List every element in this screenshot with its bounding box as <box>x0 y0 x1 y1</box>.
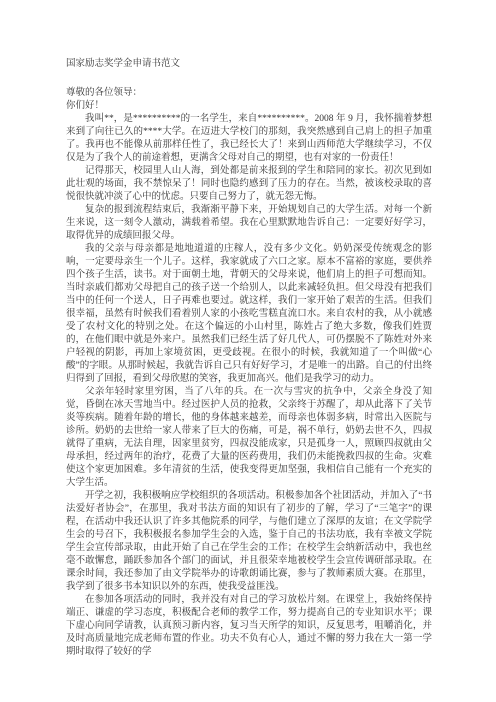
paragraph: 我叫**，是**********的一名学生，来自**********。2008 … <box>66 113 432 165</box>
salutation-line: 尊敬的各位领导： <box>66 87 432 100</box>
paragraph: 在参加各项活动的同时，我并没有对自己的学习放松片刻。在课堂上，我始终保持端正、谦… <box>66 594 432 659</box>
paragraph: 我的父亲与母亲都是地地道道的庄稼人，没有多少文化。奶奶深受传统观念的影响，一定要… <box>66 243 432 386</box>
document-page: 国家励志奖学金申请书范文 尊敬的各位领导： 你们好！ 我叫**，是*******… <box>0 0 496 702</box>
paragraph: 记得那天，校园里人山人海，到处都是前来报到的学生和陪同的家长。初次见到如此壮观的… <box>66 165 432 204</box>
paragraph: 复杂的报到流程结束后，我渐渐平静下来，开始规划自己的大学生活。对每一个新生来说，… <box>66 204 432 243</box>
paragraph: 父亲年轻时家里穷困，当了八年的兵。在一次与雪灾的抗争中，父亲全身没了知觉，昏倒在… <box>66 386 432 490</box>
document-body[interactable]: 国家励志奖学金申请书范文 尊敬的各位领导： 你们好！ 我叫**，是*******… <box>66 58 432 659</box>
greeting-line: 你们好！ <box>66 100 432 113</box>
paragraph: 开学之初，我积极响应学校组织的各项活动。积极参加各个社团活动，并加入了“书法爱好… <box>66 490 432 594</box>
paragraph-list: 我叫**，是**********的一名学生，来自**********。2008 … <box>66 113 432 659</box>
document-title: 国家励志奖学金申请书范文 <box>66 58 432 71</box>
